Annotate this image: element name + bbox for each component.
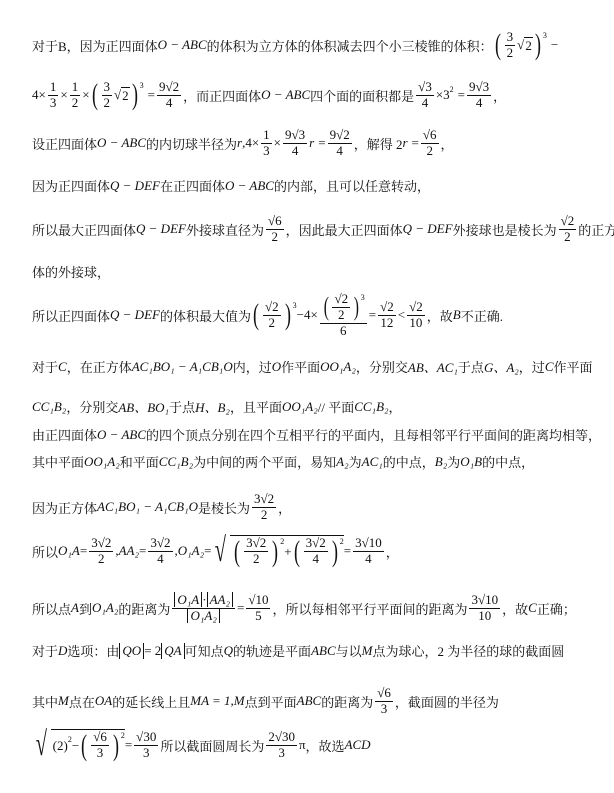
line-10: 由正四面体 O − ABC 的四个顶点分别在四个互相平行的平面内，且每相邻平行平… <box>32 425 601 444</box>
line-17: √ (2)2 − ( √63 )2 = √303 所以截面圆周长为 2√303 … <box>32 728 371 762</box>
fraction: 3√22 <box>89 536 113 567</box>
fraction: 3√104 <box>353 536 384 567</box>
line-1: 对于B，因为正四面体 O − ABC 的体积为立方体的体积减去四个小三棱锥的体积… <box>32 30 558 61</box>
sqrt: ( 3√22 )2 ×+ ( 3√24 )2 <box>230 535 344 567</box>
fraction: 3√1010 <box>469 593 500 624</box>
fraction: 9√34 <box>467 80 491 111</box>
fraction: O₁A·AA₂ O₁A₂ <box>172 593 235 624</box>
text: 的体积为立方体的体积减去四个小三棱锥的体积： <box>207 36 493 55</box>
math: O − ABC <box>158 37 207 53</box>
line-6: 体的外接球， <box>32 262 110 281</box>
line-11: 其中平面OO₁A₂ 和平面CC₁B₂ 为中间的两个平面，易知A₂ 为AC₁ 的中… <box>32 452 534 471</box>
fraction: √212 <box>378 300 396 331</box>
fraction: 3√22 <box>252 492 276 523</box>
text: 对于B，因为正四面体 <box>32 36 158 55</box>
line-7: 所以正四面体 Q − DEF 的体积最大值为 ( √22 )3 −4× (√22… <box>32 292 503 339</box>
fraction: √22 <box>263 300 281 331</box>
fraction: √62 <box>266 214 284 245</box>
line-9: CC₁B₂ ，分别交AB、BO₁ 于点H、B₂ ，且平面OO₁A₂ // 平面C… <box>32 397 402 416</box>
line-12: 因为正方体 AC₁BO₁ − A₁CB₁O 是棱长为 3√22 ， <box>32 492 291 523</box>
fraction: 13 <box>48 80 59 111</box>
line-16: 其中M 点在OA 的延长线上且MA = 1, M 点到平面ABC 的距离为 √6… <box>32 686 499 717</box>
line-8: 对于C ，在正方体 AC₁BO₁ − A₁CB₁O 内，过O 作平面OO₁A₂ … <box>32 357 593 376</box>
fraction: √62 <box>421 128 439 159</box>
fraction: 9√24 <box>328 128 352 159</box>
fraction: 12 <box>70 80 81 111</box>
fraction: 13 <box>261 128 272 159</box>
line-2: 4× 13 × 12 × ( 32 √2 )3 = 9√24 ，而正四面体 O … <box>32 80 506 111</box>
line-4: 因为正四面体 Q − DEF 在正四面体 O − ABC 的内部，且可以任意转动… <box>32 176 430 195</box>
paren: ( <box>495 30 501 60</box>
fraction: √303 <box>134 730 158 761</box>
fraction: 3√24 <box>148 536 172 567</box>
line-14: 所以点A 到O₁A₂ 的距离为 O₁A·AA₂ O₁A₂ = √105 ，所以每… <box>32 593 576 624</box>
fraction: √34 <box>416 80 434 111</box>
fraction: √105 <box>246 593 270 624</box>
fraction: 2√303 <box>266 730 297 761</box>
fraction: 9√34 <box>283 128 307 159</box>
line-3: 设正四面体 O − ABC 的内切球半径为 r ,4× 13 × 9√34 r … <box>32 128 454 159</box>
sqrt: √2 <box>517 37 533 54</box>
fraction: √63 <box>375 686 393 717</box>
fraction: √210 <box>407 300 425 331</box>
line-5: 所以最大正四面体 Q − DEF 外接球直径为 √62 ，因此最大正四面体 Q … <box>32 214 614 245</box>
fraction: 9√24 <box>157 80 181 111</box>
sqrt: √2 <box>114 87 130 104</box>
fraction: 32 <box>102 80 113 111</box>
sqrt: (2)2 − ( √63 )2 <box>51 729 125 761</box>
line-15: 对于D 选项：由 QO = 2 QA 可知点Q 的轨迹是平面ABC 与以M 点为… <box>32 641 564 660</box>
fraction: (√22)3 6 <box>320 292 367 339</box>
line-13: 所以 O₁A= 3√22 , AA₂= 3√24 , O₁A₂= √ ( 3√2… <box>32 534 399 568</box>
fraction: 32 <box>505 30 516 61</box>
fraction: √22 <box>559 214 577 245</box>
